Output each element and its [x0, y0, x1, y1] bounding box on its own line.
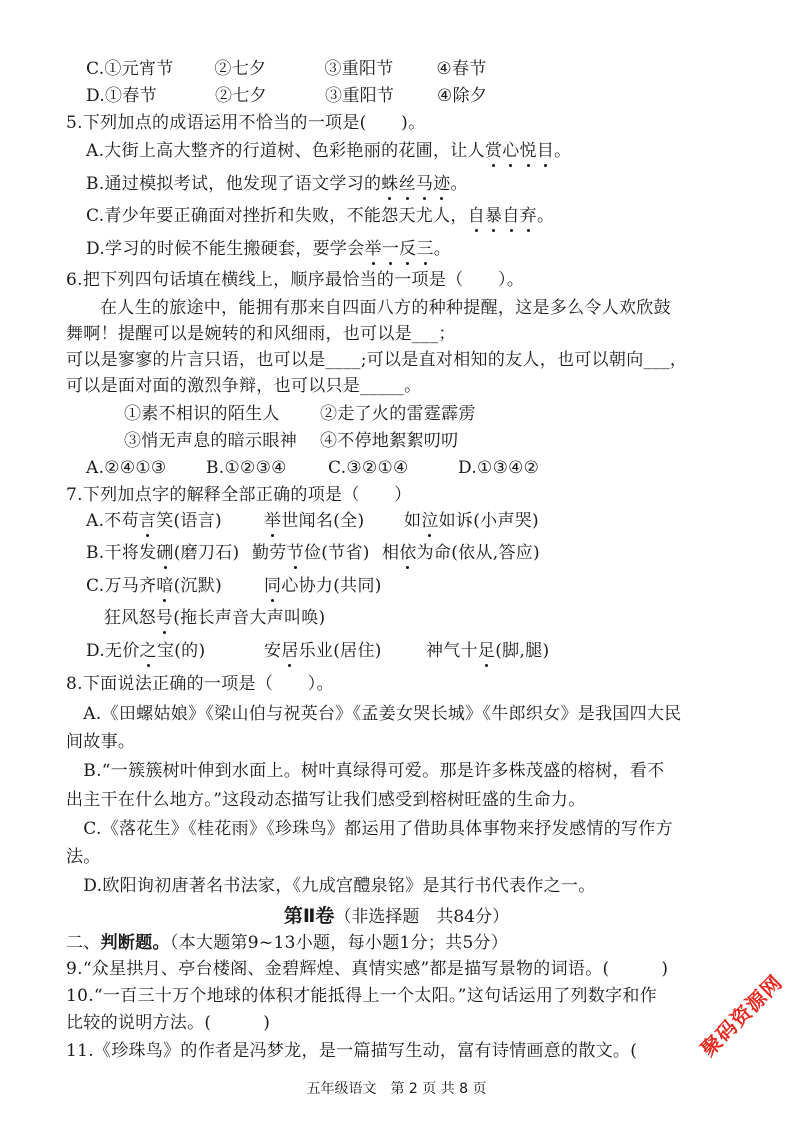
- exam-page: C.①元宵节②七夕③重阳节④春节 D.①春节②七夕③重阳节④除夕 5.下列加点的…: [0, 0, 793, 1122]
- term-text: 宝(的): [157, 641, 205, 661]
- dotted-char: 居: [281, 640, 298, 662]
- q5-option-d: D.学习的时候不能生搬硬套，要学会举一反三。: [86, 238, 451, 260]
- q8-line: D.欧阳询初唐著名书法家，《九成宫醴泉铭》是其行书代表作之一。: [66, 875, 596, 897]
- term-text: (磨刀石): [174, 543, 240, 563]
- dotted-char: 自: [502, 205, 519, 227]
- part-title-bold: 第Ⅱ卷: [284, 905, 335, 927]
- dotted-idiom: 蛛丝马迹: [381, 174, 450, 194]
- dotted-char: 喑: [156, 575, 173, 597]
- dotted-char: 硎: [156, 542, 173, 564]
- q7-option-b: B.干将发硎(磨刀石)勤劳节俭(节省)相依为命(依从,答应): [86, 542, 540, 564]
- term-text: 笑(语言): [156, 511, 222, 531]
- q7-option-d: D.无价之宝(的)安居乐业(居住)神气十足(脚,腿): [86, 640, 549, 662]
- dotted-char: 同: [264, 575, 281, 597]
- term-text: 如: [404, 511, 421, 531]
- q10-line1: 10.“一百三十万个地球的体积才能抵得上一个太阳。”这句话运用了列数字和作: [66, 985, 657, 1007]
- option-label: C.: [86, 59, 104, 79]
- term: B.干将发硎(磨刀石): [86, 542, 252, 564]
- answer-option: C.③②①④: [328, 457, 458, 479]
- answer-option: A.②④①③: [86, 457, 206, 479]
- dotted-char: 自: [468, 205, 485, 227]
- option-item: ②七夕: [215, 85, 325, 107]
- q8-line: C.《落花生》《桂花雨》《珍珠鸟》都运用了借助具体事物来抒发感情的写作方: [66, 818, 673, 840]
- term: A.不苟言笑(语言): [86, 510, 264, 532]
- option-punct: 。: [451, 174, 468, 194]
- option-item: ④除夕: [437, 86, 487, 106]
- q8-line: A.《田螺姑娘》《梁山伯与祝英台》《孟姜女哭长城》《牛郎织女》是我国四大民: [66, 703, 682, 725]
- q6-passage-line: 在人生的旅途中，能拥有那来自四面八方的种种提醒，这是多么令人欢欣鼓: [100, 297, 671, 319]
- dotted-char: 反: [399, 238, 416, 260]
- q8-line: 间故事。: [66, 731, 135, 753]
- q9: 9.“众星拱月、亭台楼阁、金碧辉煌、真情实感”都是描写景物的词语。( ): [66, 958, 668, 980]
- dotted-char: 依: [399, 542, 416, 564]
- term-text: B.干将发: [86, 543, 156, 563]
- q7-option-c-cont: 狂风怒号(拖长声音大声叫唤): [104, 607, 325, 629]
- term-text: 安: [264, 641, 281, 661]
- term: 同心协力(共同): [264, 576, 382, 596]
- option-text: D.学习的时候不能生搬硬套，要学会: [86, 239, 365, 259]
- q6-options: A.②④①③B.①②③④C.③②①④D.①③④②: [86, 457, 539, 479]
- term-text: 世闻名(全): [281, 511, 364, 531]
- dotted-idiom: 赏心悦目: [485, 141, 554, 161]
- choice-item: ②走了火的雷霆霹雳: [320, 404, 476, 424]
- term: 如泣如诉(小声哭): [404, 511, 539, 531]
- dotted-char: 言: [139, 510, 156, 532]
- option-text: B.通过模拟考试，他发现了语文学习的: [86, 174, 381, 194]
- q7-stem: 7.下列加点字的解释全部正确的项是（ ）: [66, 484, 412, 506]
- dotted-char: 迹: [433, 173, 450, 195]
- dotted-char: 心: [502, 140, 519, 162]
- term: 勤劳节俭(节省): [252, 542, 382, 564]
- term-text: D.无价: [86, 641, 140, 661]
- term-text: (脚,腿): [495, 641, 549, 661]
- q6-choices-row: ③悄无声息的暗示眼神④不停地絮絮叨叨: [124, 430, 458, 452]
- answer-option: B.①②③④: [206, 457, 328, 479]
- q7-option-c: C.万马齐喑(沉默)同心协力(共同): [86, 575, 382, 597]
- part-two-title: 第Ⅱ卷（非选择题 共84分）: [0, 905, 793, 928]
- term-text: 神气十: [426, 641, 478, 661]
- q6-passage-line: 舞啊！提醒可以是婉转的和风细雨，也可以是___；: [66, 323, 456, 345]
- dotted-char: 马: [416, 173, 433, 195]
- dotted-char: 号: [156, 607, 173, 629]
- q8-stem: 8.下面说法正确的一项是（ ）。: [66, 673, 334, 695]
- option-item: ③重阳节: [325, 85, 437, 107]
- q8-line: B.“一簇簇树叶伸到水面上。树叶真绿得可爱。那是许多株茂盛的榕树，看不: [66, 760, 664, 782]
- term: 安居乐业(居住): [264, 640, 426, 662]
- option-text: A.大街上高大整齐的行道树、色彩艳丽的花圃，让人: [86, 141, 485, 161]
- dotted-idiom: 举一反三: [365, 239, 434, 259]
- q4-option-c: C.①元宵节②七夕③重阳节④春节: [86, 58, 487, 80]
- dotted-char: 之: [140, 640, 157, 662]
- dotted-char: 举: [264, 510, 281, 532]
- term: 神气十足(脚,腿): [426, 641, 549, 661]
- dotted-char: 三: [416, 238, 433, 260]
- q5-option-a: A.大街上高大整齐的行道树、色彩艳丽的花圃，让人赏心悦目。: [86, 140, 571, 162]
- dotted-char: 蛛: [381, 173, 398, 195]
- term: D.无价之宝(的): [86, 640, 264, 662]
- option-item: ①春节: [105, 85, 215, 107]
- option-item: ②七夕: [214, 58, 324, 80]
- q10-line2: 比较的说明方法。( ): [66, 1012, 270, 1034]
- option-item: ①元宵节: [104, 58, 214, 80]
- answer-option: D.①③④②: [458, 458, 539, 478]
- option-item: ④春节: [436, 59, 486, 79]
- q6-choices-row: ①素不相识的陌生人②走了火的雷霆霹雳: [124, 403, 476, 425]
- q8-line: 法。: [66, 846, 101, 868]
- q7-option-a: A.不苟言笑(语言)举世闻名(全)如泣如诉(小声哭): [86, 510, 539, 532]
- choice-item: ①素不相识的陌生人: [124, 403, 320, 425]
- section-heading: 二、判断题。（本大题第9~13小题，每小题1分；共5分）: [66, 932, 508, 954]
- term: C.万马齐喑(沉默): [86, 575, 264, 597]
- term-text: A.不苟: [86, 511, 139, 531]
- part-title-note: （非选择题 共84分）: [334, 907, 509, 927]
- choice-item: ③悄无声息的暗示眼神: [124, 430, 320, 452]
- q6-passage-line: 可以是面对面的激烈争辩，也可以只是_____。: [66, 375, 421, 397]
- option-punct: 。: [537, 206, 554, 226]
- term-text: 如诉(小声哭): [439, 511, 539, 531]
- term-text: 俭(节省): [304, 543, 370, 563]
- q6-passage-line: 可以是寥寥的片言只语，也可以是____;可以是直对相知的友人，也可以朝向___，: [66, 349, 687, 371]
- q11: 11.《珍珠鸟》的作者是冯梦龙，是一篇描写生动，富有诗情画意的散文。(: [66, 1040, 637, 1062]
- term: 举世闻名(全): [264, 510, 404, 532]
- term: 相依为命(依从,答应): [382, 543, 540, 563]
- choice-item: ④不停地絮絮叨叨: [320, 431, 458, 451]
- dotted-char: 暴: [485, 205, 502, 227]
- page-footer: 五年级语文 第 2 页 共 8 页: [0, 1080, 793, 1098]
- dotted-char: 泣: [421, 510, 438, 532]
- section-number: 二、: [66, 933, 101, 953]
- term-text: 心协力(共同): [281, 576, 381, 596]
- section-title: 判断题。: [101, 933, 170, 953]
- option-label: D.: [86, 86, 105, 106]
- term-text: 狂风怒: [104, 608, 156, 628]
- dotted-char: 节: [287, 542, 304, 564]
- option-punct: 。: [554, 141, 571, 161]
- term-text: 为命(依从,答应): [417, 543, 540, 563]
- option-item: ③重阳节: [324, 58, 436, 80]
- term-text: (沉默): [174, 576, 222, 596]
- q5-stem: 5.下列加点的成语运用不恰当的一项是( )。: [66, 112, 425, 134]
- q5-option-c: C.青少年要正确面对挫折和失败，不能怨天尤人，自暴自弃。: [86, 205, 554, 227]
- dotted-char: 举: [365, 238, 382, 260]
- term-text: (拖长声音大声叫唤): [173, 608, 325, 628]
- q5-option-b: B.通过模拟考试，他发现了语文学习的蛛丝马迹。: [86, 173, 468, 195]
- dotted-char: 丝: [399, 173, 416, 195]
- term-text: 相: [382, 543, 399, 563]
- dotted-char: 弃: [520, 205, 537, 227]
- term: 狂风怒号(拖长声音大声叫唤): [104, 608, 325, 628]
- watermark-stamp: 聚码资源网: [693, 967, 788, 1062]
- term-text: 勤劳: [252, 543, 287, 563]
- q8-line: 出主干在什么地方。”这段动态描写让我们感受到榕树旺盛的生命力。: [66, 789, 586, 811]
- q6-stem: 6.把下列四句话填在横线上，顺序最恰当的一项是（ ）。: [66, 269, 524, 291]
- option-text: C.青少年要正确面对挫折和失败，不能怨天尤人，: [86, 206, 468, 226]
- section-note: （本大题第9~13小题，每小题1分；共5分）: [170, 933, 508, 953]
- dotted-char: 一: [382, 238, 399, 260]
- dotted-char: 赏: [485, 140, 502, 162]
- dotted-char: 目: [537, 140, 554, 162]
- option-punct: 。: [434, 239, 451, 259]
- dotted-char: 悦: [520, 140, 537, 162]
- dotted-char: 足: [478, 640, 495, 662]
- q4-option-d: D.①春节②七夕③重阳节④除夕: [86, 85, 487, 107]
- dotted-idiom: 自暴自弃: [468, 206, 537, 226]
- term-text: C.万马齐: [86, 576, 156, 596]
- term-text: 乐业(居住): [299, 641, 382, 661]
